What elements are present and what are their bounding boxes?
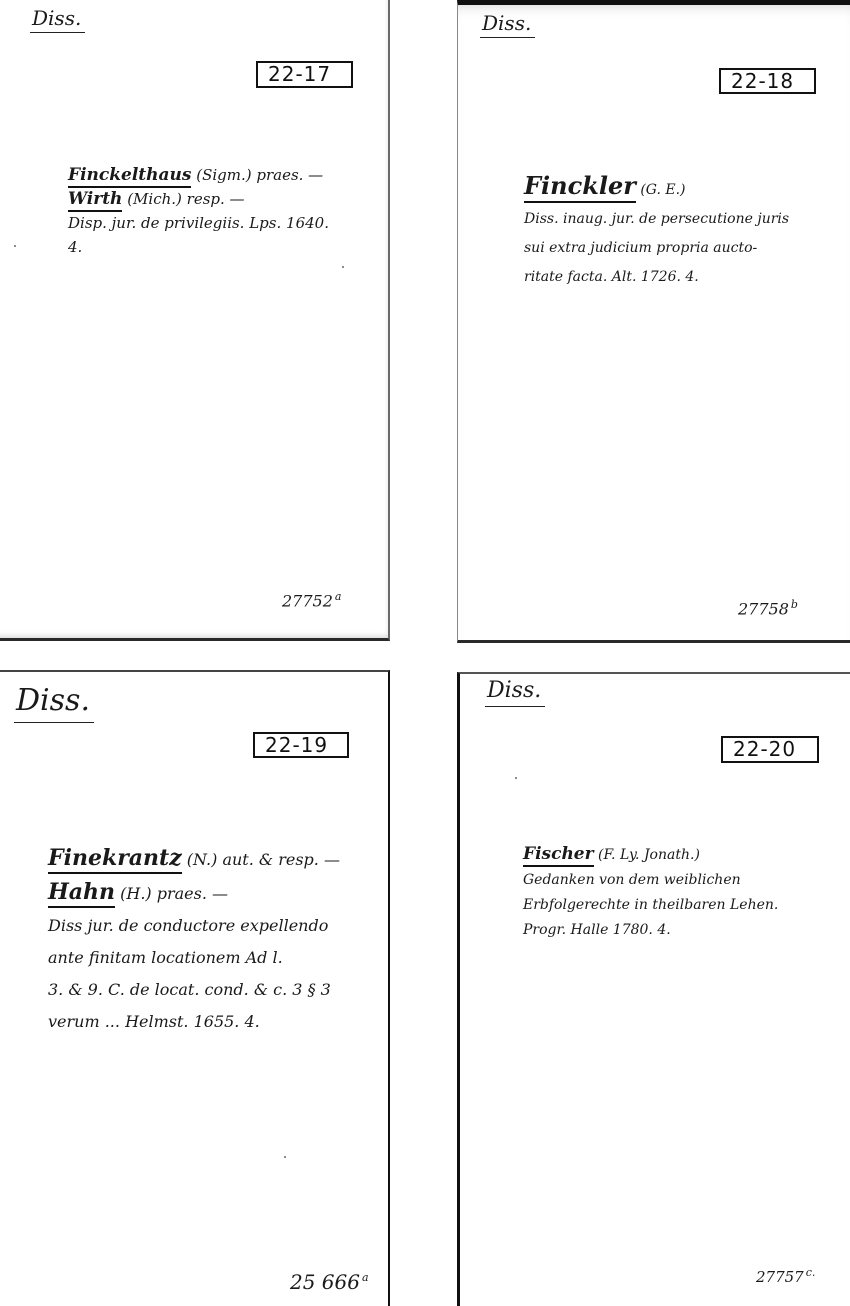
card-header-diss: Diss. [485,680,545,707]
entry-line: Finekrantz (N.) aut. & resp. — [48,842,340,876]
entry-line: Disp. jur. de privilegiis. Lps. 1640. [68,211,329,235]
entry-line: 4. [68,235,329,259]
entry-line: Hahn (H.) praes. — [48,876,340,910]
paper-speck [342,266,344,268]
shelfmark-box: 22-17 [256,61,353,88]
accession-number: 27752a [282,590,341,610]
card-header-diss: Diss. [480,13,535,38]
entry-line: Finckelthaus (Sigm.) praes. — [68,163,329,187]
entry-line: ritate facta. Alt. 1726. 4. [524,263,789,292]
paper-speck [515,777,517,779]
entry-line: verum ... Helmst. 1655. 4. [48,1006,340,1038]
catalog-card-22-20: Diss. 22-20 Fischer (F. Ly. Jonath.) Ged… [457,672,850,1306]
entry-line: sui extra judicium propria aucto- [524,234,789,263]
accession-number: 25 666a [290,1270,369,1294]
author-name: Wirth [68,189,122,212]
shelfmark-box: 22-18 [719,68,816,94]
entry-line: Fischer (F. Ly. Jonath.) [523,842,778,868]
card-header-diss: Diss. [30,8,85,33]
entry-line: Finckler (G. E.) [524,171,789,205]
author-name: Fischer [523,844,594,867]
accession-number: 27758b [738,598,798,618]
entry-line: Diss. inaug. jur. de persecutione juris [524,205,789,234]
entry-line: Erbfolgerechte in theilbaren Lehen. [523,893,778,918]
catalog-card-22-17: Diss. 22-17 Finckelthaus (Sigm.) praes. … [0,0,390,641]
catalog-card-22-19: Diss. 22-19 Finekrantz (N.) aut. & resp.… [0,670,390,1306]
entry-line: Progr. Halle 1780. 4. [523,918,778,943]
entry-line: Gedanken von dem weiblichen [523,868,778,893]
author-name: Finekrantz [48,845,182,874]
catalog-entry: Fischer (F. Ly. Jonath.) Gedanken von de… [523,842,778,943]
entry-line: Diss jur. de conductore expellendo [48,910,340,942]
entry-line: ante finitam locationem Ad l. [48,942,340,974]
author-name: Finckelthaus [68,165,191,188]
paper-speck [284,1156,286,1158]
catalog-entry: Finekrantz (N.) aut. & resp. — Hahn (H.)… [48,842,340,1038]
card-header-diss: Diss. [14,686,94,723]
entry-line: Wirth (Mich.) resp. — [68,187,329,211]
accession-number: 27757c. [756,1266,815,1286]
entry-line: 3. & 9. C. de locat. cond. & c. 3 § 3 [48,974,340,1006]
author-name: Hahn [48,879,115,908]
shelfmark-box: 22-19 [253,732,349,758]
catalog-card-22-18: Diss. 22-18 Finckler (G. E.) Diss. inaug… [457,0,850,643]
catalog-entry: Finckelthaus (Sigm.) praes. — Wirth (Mic… [68,163,329,259]
shelfmark-box: 22-20 [721,736,819,763]
author-name: Finckler [524,171,636,203]
catalog-entry: Finckler (G. E.) Diss. inaug. jur. de pe… [524,171,789,292]
paper-speck [14,245,16,247]
